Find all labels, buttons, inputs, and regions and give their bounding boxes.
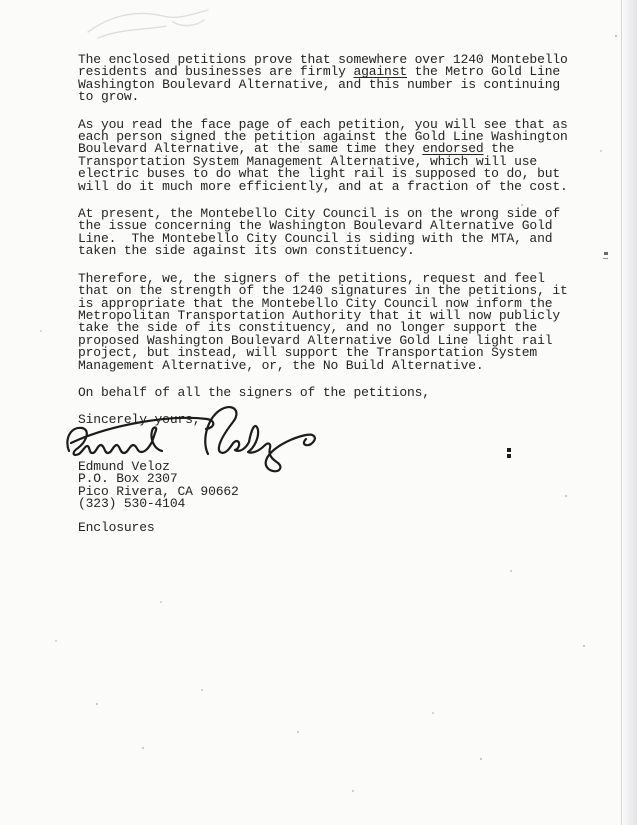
signer-line: (323) 530-4104	[78, 498, 608, 510]
signature-space	[78, 427, 608, 461]
enclosures-line: Enclosures	[78, 522, 608, 534]
closing-line: Sincerely yours,	[78, 414, 608, 426]
letter-paragraph: At present, the Montebello City Council …	[78, 208, 608, 258]
letter-line: Management Alternative, or, the No Build…	[78, 360, 608, 372]
scan-artifact-colon	[507, 448, 511, 452]
letter-line: will do it much more efficiently, and at…	[78, 181, 608, 193]
letter-line: Washington Boulevard Alternative, and th…	[78, 79, 608, 91]
letter-body: The enclosed petitions prove that somewh…	[78, 54, 608, 399]
letter-line: taken the side against its own constitue…	[78, 245, 608, 257]
letter-line: to grow.	[78, 91, 608, 103]
letter-paragraph: On behalf of all the signers of the peti…	[78, 387, 608, 399]
letter-line: On behalf of all the signers of the peti…	[78, 387, 608, 399]
letter-paragraph: As you read the face page of each petiti…	[78, 119, 608, 193]
letter-paragraph: Therefore, we, the signers of the petiti…	[78, 273, 608, 372]
signer-block: Edmund VelozP.O. Box 2307Pico Rivera, CA…	[78, 461, 608, 511]
letter-page: The enclosed petitions prove that somewh…	[0, 0, 637, 825]
letter-content: The enclosed petitions prove that somewh…	[78, 54, 608, 535]
letter-paragraph: The enclosed petitions prove that somewh…	[78, 54, 608, 104]
scan-artifact-dash	[604, 252, 608, 255]
page-edge-shadow	[621, 0, 637, 825]
scan-noise-speckles	[0, 0, 2, 2]
scan-artifact-dash	[603, 258, 608, 259]
pencil-scribble-mark	[78, 2, 288, 48]
